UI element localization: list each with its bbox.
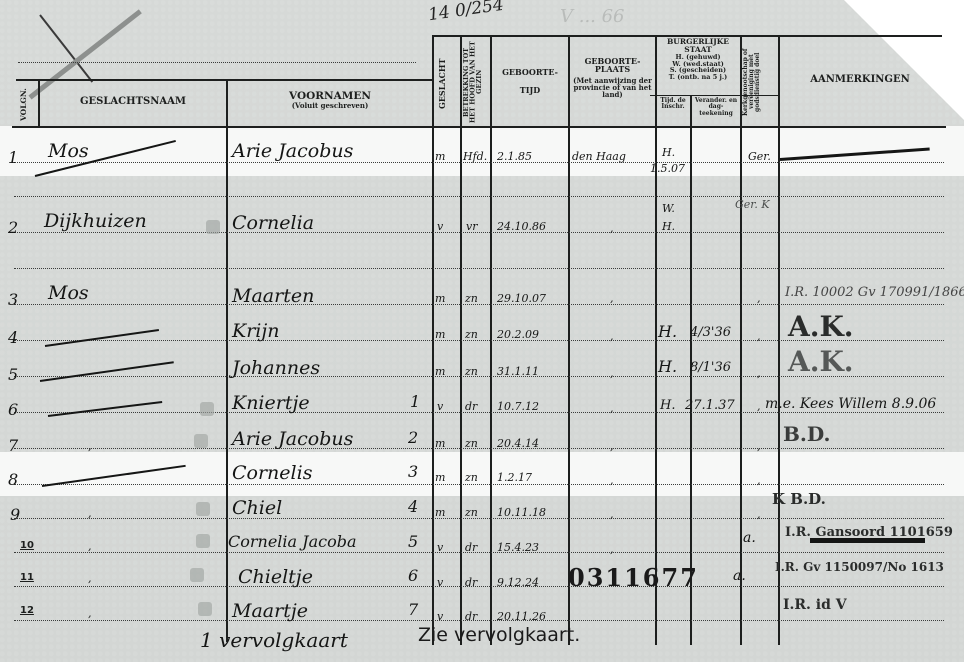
strikethrough bbox=[48, 401, 162, 417]
header-verandering: Verander. en dag-teekening bbox=[692, 98, 740, 117]
header-voornamen: VOORNAMEN (Voluit geschreven) bbox=[228, 91, 432, 109]
row-4-bs-date: 4/3'36 bbox=[690, 325, 731, 340]
row-1-geboorteplaats: den Haag bbox=[572, 150, 626, 163]
row-5-bs: H. bbox=[658, 357, 677, 376]
row-3-kerk: , bbox=[757, 292, 761, 305]
row-divider bbox=[14, 196, 944, 197]
row-divider bbox=[14, 586, 944, 587]
row-9-geslacht: m bbox=[435, 506, 445, 519]
row-8-volgnr: 8 bbox=[8, 470, 18, 489]
row-divider bbox=[14, 268, 944, 269]
row-10-betrekking: dr bbox=[465, 541, 477, 554]
row-6-bs-date: 27.1.37 bbox=[685, 398, 735, 413]
row-1-bs-date: 1.5.07 bbox=[650, 162, 685, 175]
row-3-volgnr: 3 bbox=[8, 290, 18, 309]
row-7-voornamen: Arie Jacobus bbox=[232, 428, 353, 450]
row-5-geboorteplaats: , bbox=[610, 367, 614, 380]
row-4-bs: H. bbox=[658, 322, 677, 341]
row-2-geboorteplaats: , bbox=[610, 222, 614, 235]
row-7-volgnr: 7 bbox=[8, 436, 18, 455]
row-2-bs-date: H. bbox=[662, 220, 675, 233]
row-11-voornamen: Chieltje bbox=[238, 566, 313, 588]
row-5-voornamen: Johannes bbox=[232, 357, 320, 379]
row-10-geboortetijd: 15.4.23 bbox=[497, 541, 539, 554]
row-10-geslachtsnaam: , bbox=[88, 540, 92, 553]
row-3-voornamen: Maarten bbox=[232, 285, 314, 307]
row-6-geboortetijd: 10.7.12 bbox=[497, 400, 539, 413]
header-kerkgenootschap: Kerkgenootschap of vereeniging met godsd… bbox=[743, 40, 776, 124]
row-divider bbox=[14, 448, 944, 449]
strikethrough bbox=[45, 329, 159, 347]
row-7-aanmerkingen-stamp: B.D. bbox=[783, 422, 830, 446]
row-9-betrekking: zn bbox=[465, 506, 478, 519]
row-2-bs: W. bbox=[662, 202, 675, 215]
stamp-mark bbox=[198, 602, 212, 616]
row-11-geboortetijd: 9.12.24 bbox=[497, 576, 539, 589]
row-3-geslachtsnaam: Mos bbox=[48, 282, 89, 304]
row-11-betrekking: dr bbox=[465, 576, 477, 589]
row-7-betrekking: zn bbox=[465, 437, 478, 450]
row-9-geboortetijd: 10.11.18 bbox=[497, 506, 546, 519]
row-8-geboortetijd: 1.2.17 bbox=[497, 471, 532, 484]
row-4-volgnr: 4 bbox=[8, 328, 18, 347]
row-5-volgnr: 5 bbox=[8, 365, 18, 384]
row-6-volgnr: 6 bbox=[8, 400, 18, 419]
row-3-geboortetijd: 29.10.07 bbox=[497, 292, 546, 305]
row-4-aanmerkingen-stamp: A.K. bbox=[788, 310, 854, 343]
row-6-aanmerkingen: m.e. Kees Willem 8.9.06 bbox=[765, 396, 936, 412]
row-5-bs-date: 8/1'36 bbox=[690, 360, 731, 375]
header-burgerlijke-staat: BURGERLIJKE STAAT H. (gehuwd) W. (wed.st… bbox=[656, 38, 740, 81]
column-line bbox=[226, 81, 228, 642]
stamp-mark bbox=[200, 402, 214, 416]
header-geboortetijd: GEBOORTE- TIJD bbox=[492, 68, 568, 95]
stamp-mark bbox=[206, 220, 220, 234]
footer-printed-note: Zie vervolgkaart. bbox=[418, 624, 580, 646]
row-divider bbox=[14, 484, 944, 485]
row-11-aanmerkingen: I.R. Gv 1150097/No 1613 bbox=[775, 560, 944, 574]
row-1-betrekking: Hfd. bbox=[463, 150, 487, 163]
row-2-betrekking: vr bbox=[466, 220, 477, 233]
row-10-kind-nr: 5 bbox=[408, 532, 418, 551]
divider bbox=[16, 79, 432, 81]
gezinskaart-card: 14 0/254 V ... 66 VOLGN. GESLACHTSNAAM V… bbox=[0, 0, 964, 662]
row-6-kind-nr: 1 bbox=[410, 392, 420, 411]
row-1-kerk: Ger. bbox=[748, 150, 771, 163]
row-1-geslacht: m bbox=[435, 150, 445, 163]
row-4-voornamen: Krijn bbox=[232, 320, 279, 342]
row-2-volgnr: 2 bbox=[8, 218, 18, 237]
row-4-geslacht: m bbox=[435, 328, 445, 341]
row-7-kerk: , bbox=[757, 440, 761, 453]
divider bbox=[12, 126, 946, 128]
row-8-voornamen: Cornelis bbox=[232, 462, 312, 484]
row-3-aanmerkingen: I.R. 10002 Gv 170991/1866 bbox=[785, 285, 964, 300]
row-12-geslacht: v bbox=[437, 610, 443, 623]
row-1-voornamen: Arie Jacobus bbox=[232, 140, 353, 162]
row-divider bbox=[14, 518, 944, 519]
row-12-geboortetijd: 20.11.26 bbox=[497, 610, 546, 623]
row-divider bbox=[14, 304, 944, 305]
stamp-mark bbox=[194, 434, 208, 448]
header-geslachtsnaam: GESLACHTSNAAM bbox=[40, 97, 226, 108]
row-11-volgnr: 11 bbox=[20, 572, 34, 583]
row-11-kerk: a. bbox=[733, 568, 746, 584]
row-3-betrekking: zn bbox=[465, 292, 478, 305]
row-12-aanmerkingen: I.R. id V bbox=[783, 597, 847, 613]
row-1-volgnr: 1 bbox=[8, 148, 18, 167]
header-geboorteplaats: GEBOORTE- PLAATS (Met aanwijzing der pro… bbox=[570, 57, 655, 99]
row-5-kerk: , bbox=[757, 367, 761, 380]
row-9-volgnr: 9 bbox=[10, 505, 20, 524]
row-5-betrekking: zn bbox=[465, 365, 478, 378]
serial-number-stamp: 0311677 bbox=[568, 563, 699, 592]
row-9-aanmerkingen-stamp: K B.D. bbox=[772, 490, 826, 508]
row-7-geslacht: m bbox=[435, 437, 445, 450]
row-12-geslachtsnaam: , bbox=[88, 607, 92, 620]
divider bbox=[18, 62, 416, 63]
row-divider bbox=[14, 620, 944, 621]
row-11-geslacht: v bbox=[437, 576, 443, 589]
strikethrough bbox=[810, 538, 925, 543]
top-reference: 14 0/254 bbox=[427, 0, 505, 25]
row-5-aanmerkingen-stamp: A.K. bbox=[788, 345, 854, 378]
row-5-geboortetijd: 31.1.11 bbox=[497, 365, 539, 378]
row-12-kind-nr: 7 bbox=[408, 600, 418, 619]
row-3-geslacht: m bbox=[435, 292, 445, 305]
row-7-kind-nr: 2 bbox=[408, 428, 418, 447]
row-2-geslachtsnaam: Dijkhuizen bbox=[44, 210, 147, 232]
row-6-geslacht: v bbox=[437, 400, 443, 413]
row-7-geboorteplaats: , bbox=[610, 440, 614, 453]
row-11-kind-nr: 6 bbox=[408, 566, 418, 585]
row-10-kerk: a. bbox=[743, 530, 756, 546]
row-8-betrekking: zn bbox=[465, 471, 478, 484]
row-12-betrekking: dr bbox=[465, 610, 477, 623]
row-4-geboortetijd: 20.2.09 bbox=[497, 328, 539, 341]
row-8-kerk: , bbox=[757, 474, 761, 487]
header-geslacht: GESLACHT bbox=[438, 48, 456, 120]
stamp-mark bbox=[196, 502, 210, 516]
row-7-geslachtsnaam: , bbox=[88, 440, 92, 453]
row-12-voornamen: Maartje bbox=[232, 600, 308, 622]
row-10-geslacht: v bbox=[437, 541, 443, 554]
stamp-mark bbox=[190, 568, 204, 582]
row-1-bs: H. bbox=[662, 146, 675, 159]
row-8-geboorteplaats: , bbox=[610, 474, 614, 487]
row-5-geslacht: m bbox=[435, 365, 445, 378]
row-2-geboortetijd: 24.10.86 bbox=[497, 220, 546, 233]
row-1-geboortetijd: 2.1.85 bbox=[497, 150, 532, 163]
row-divider bbox=[14, 232, 944, 233]
footer-handwritten-note: 1 vervolgkaart bbox=[200, 628, 348, 652]
header-tijd-inschrijving: Tijd. de Inschr. bbox=[656, 98, 690, 111]
row-9-voornamen: Chiel bbox=[232, 497, 282, 519]
row-12-volgnr: 12 bbox=[20, 605, 34, 616]
header-aanmerkingen: AANMERKINGEN bbox=[780, 75, 940, 86]
row-11-geslachtsnaam: , bbox=[88, 572, 92, 585]
torn-corner bbox=[844, 0, 964, 120]
stamp-mark bbox=[196, 534, 210, 548]
row-2-kerk: Ger. K bbox=[735, 198, 770, 211]
row-2-geslacht: v bbox=[437, 220, 443, 233]
row-10-volgnr: 10 bbox=[20, 540, 34, 551]
row-6-geboorteplaats: , bbox=[610, 402, 614, 415]
row-8-kind-nr: 3 bbox=[408, 462, 418, 481]
row-4-kerk: , bbox=[757, 330, 761, 343]
row-6-bs: H. bbox=[660, 398, 675, 413]
row-6-voornamen: Kniertje bbox=[232, 392, 310, 414]
row-4-betrekking: zn bbox=[465, 328, 478, 341]
row-divider bbox=[14, 412, 944, 413]
row-divider bbox=[14, 552, 944, 553]
row-4-geboorteplaats: , bbox=[610, 330, 614, 343]
header-volgnr: VOLGN. bbox=[20, 88, 34, 122]
row-2-voornamen: Cornelia bbox=[232, 212, 314, 234]
row-10-voornamen: Cornelia Jacoba bbox=[228, 532, 356, 551]
header-betrekking: BETREKKING TOT HET HOOFD VAN HET GEZIN bbox=[463, 40, 488, 124]
row-9-geboorteplaats: , bbox=[610, 508, 614, 521]
row-9-kerk: , bbox=[757, 508, 761, 521]
row-3-geboorteplaats: , bbox=[610, 292, 614, 305]
row-6-betrekking: dr bbox=[465, 400, 477, 413]
strikethrough bbox=[40, 361, 174, 382]
row-8-geslacht: m bbox=[435, 471, 445, 484]
row-9-kind-nr: 4 bbox=[408, 497, 418, 516]
row-1-geslachtsnaam: Mos bbox=[48, 140, 89, 162]
row-6-kerk: , bbox=[757, 400, 761, 413]
row-10-geboorteplaats: , bbox=[610, 543, 614, 556]
row-7-geboortetijd: 20.4.14 bbox=[497, 437, 539, 450]
faint-reference: V ... 66 bbox=[560, 6, 625, 27]
row-9-geslachtsnaam: , bbox=[88, 507, 92, 520]
